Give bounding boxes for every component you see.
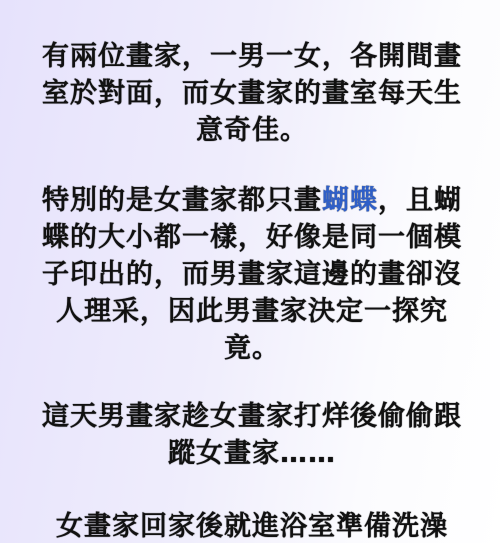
paragraph-2: 特別的是女畫家都只畫蝴蝶，且蝴蝶的大小都一樣，好像是同一個模子印出的，而男畫家這… [40,182,464,367]
story-page: 有兩位畫家，一男一女，各開間畫室於對面，而女畫家的畫室每天生意奇佳。 特別的是女… [0,0,500,543]
paragraph-4: 女畫家回家後就進浴室準備洗澡 [40,508,464,543]
paragraph-1: 有兩位畫家，一男一女，各開間畫室於對面，而女畫家的畫室每天生意奇佳。 [40,38,464,149]
highlight-butterfly: 蝴蝶 [322,185,378,216]
paragraph-3: 這天男畫家趁女畫家打烊後偷偷跟蹤女畫家…… [40,398,464,472]
paragraph-2-before: 特別的是女畫家都只畫 [42,185,322,216]
